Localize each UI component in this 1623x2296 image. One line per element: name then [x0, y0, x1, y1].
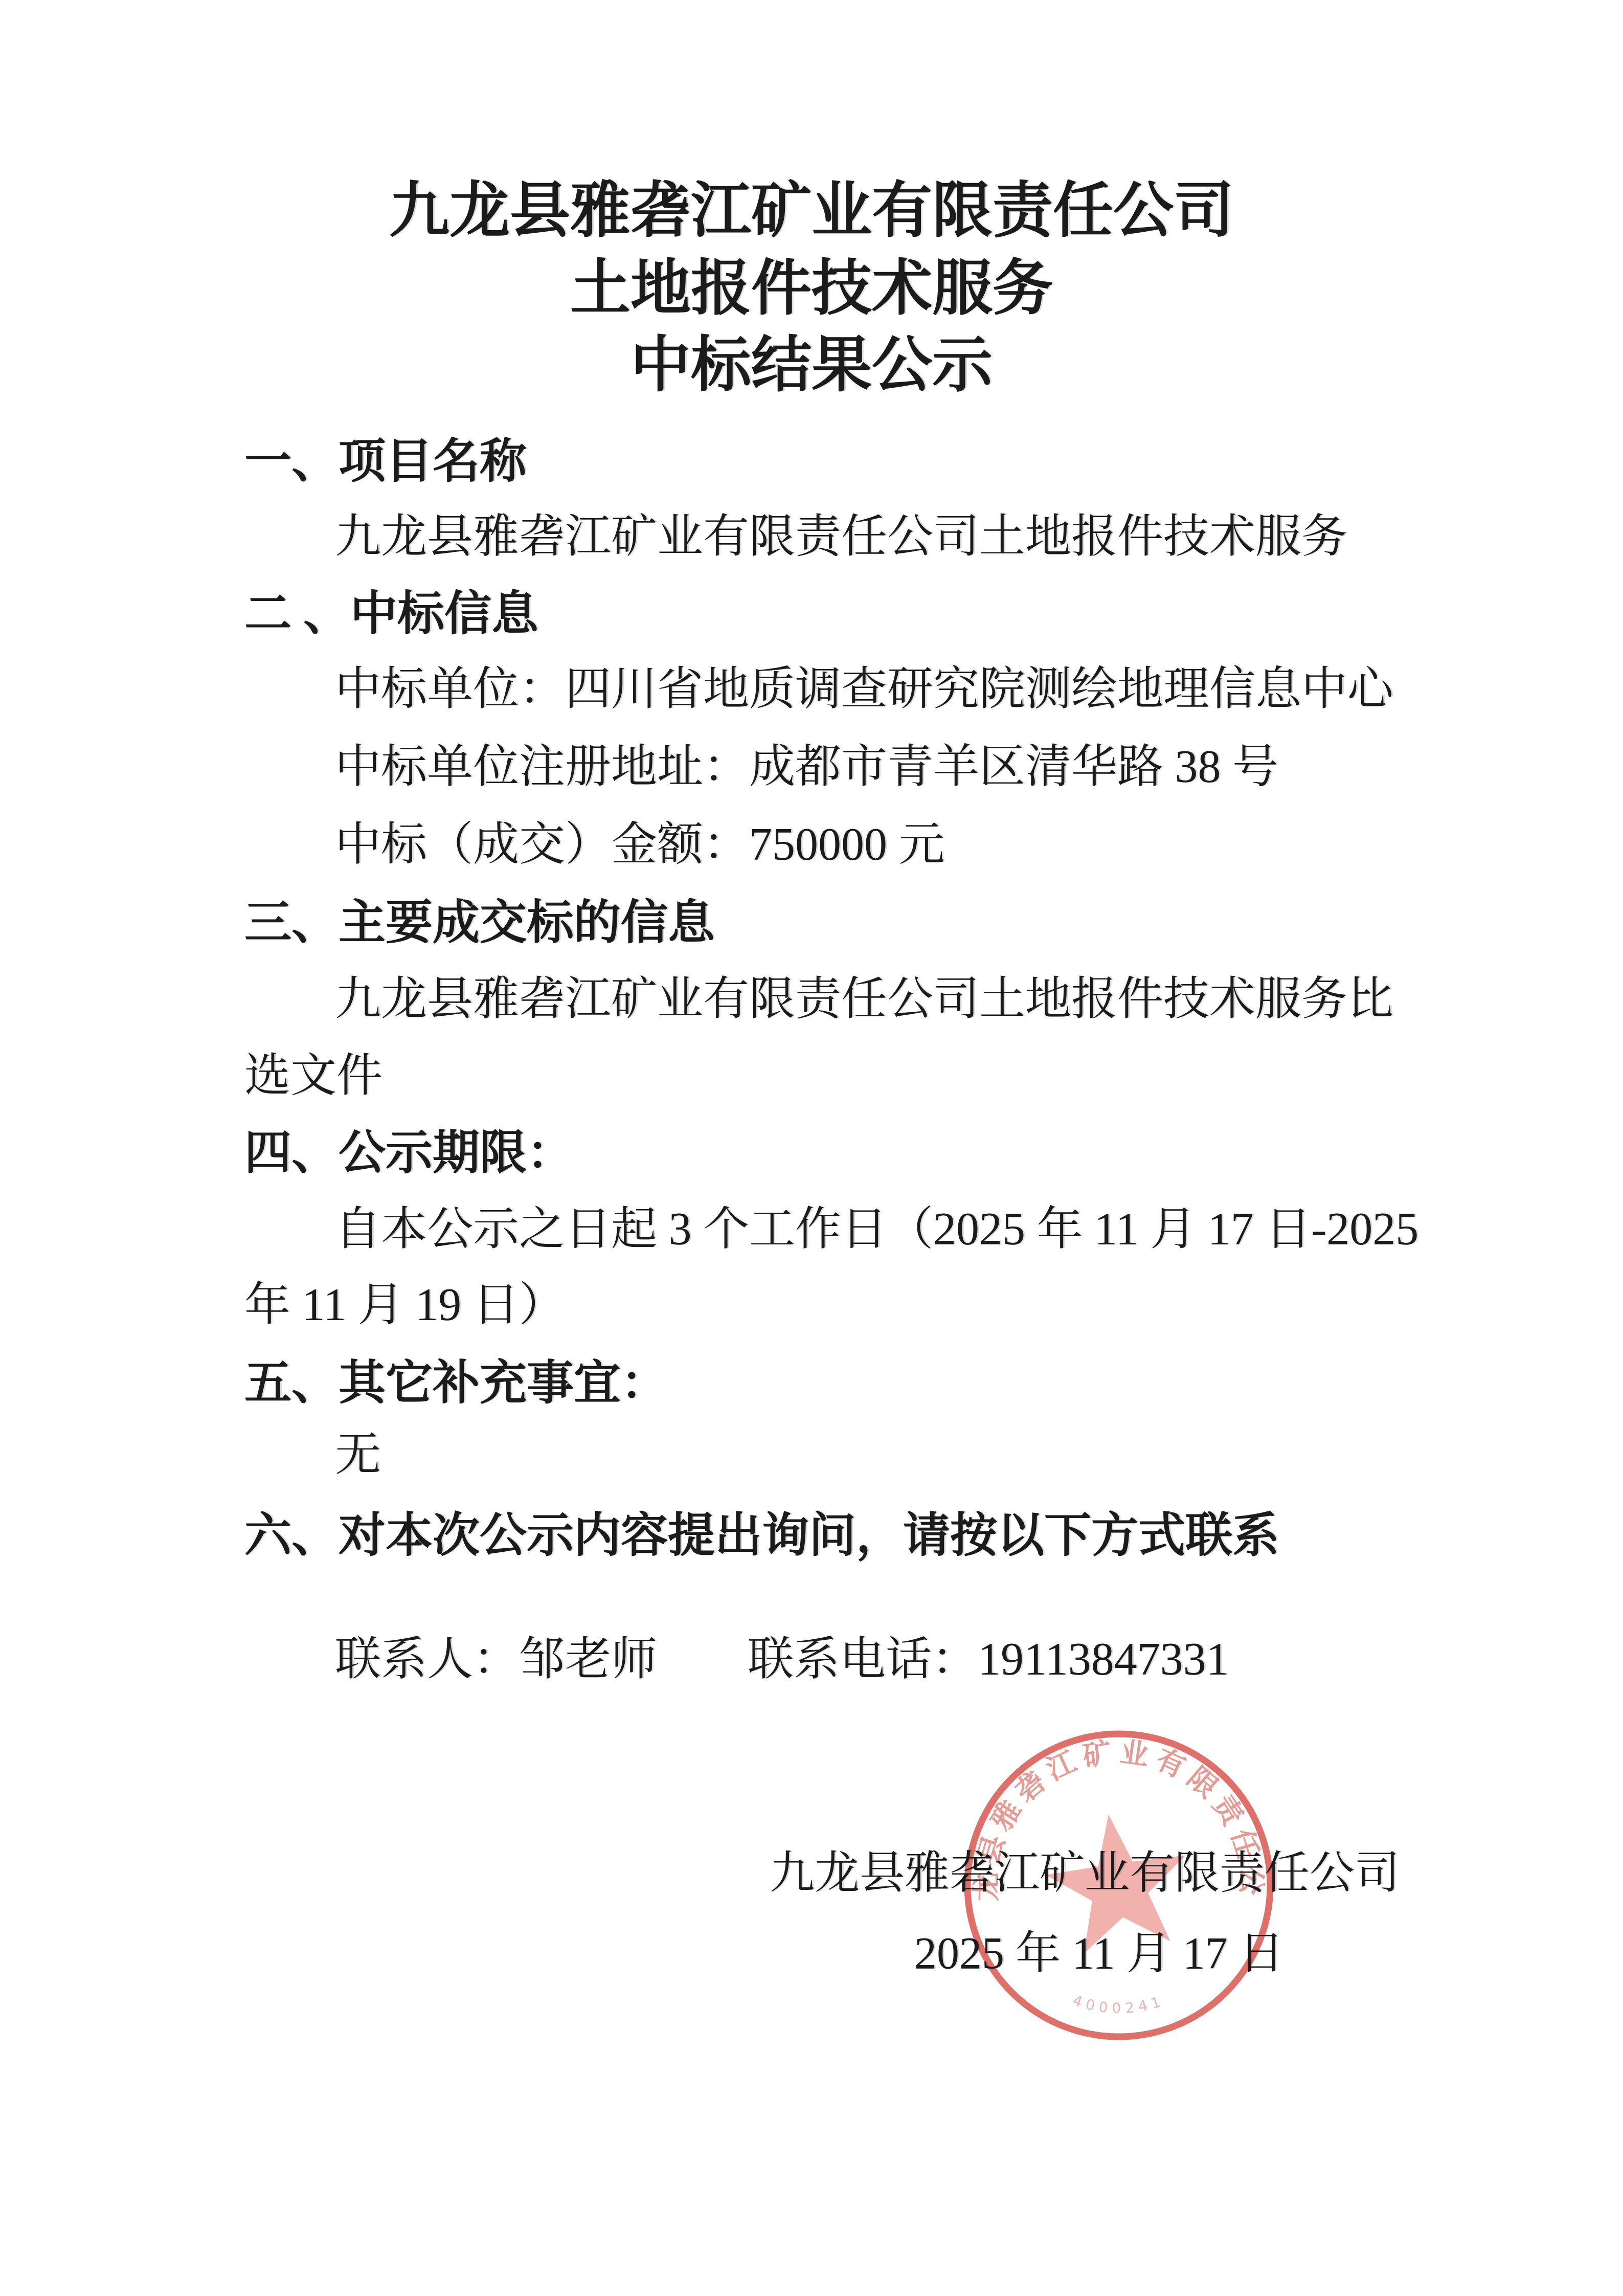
- contact-person: 联系人：邹老师: [335, 1634, 657, 1685]
- section-1-heading: 一、项目名称: [244, 436, 527, 487]
- section-4-body-line-2: 年 11 月 19 日）: [244, 1280, 565, 1330]
- address-line: 中标单位注册地址：成都市青羊区清华路 38 号: [335, 742, 1278, 792]
- section-4-body-line-1: 自本公示之日起 3 个工作日（2025 年 11 月 17 日-2025: [335, 1204, 1418, 1255]
- title-line-2: 土地报件技术服务: [0, 256, 1623, 322]
- section-3-heading: 三、主要成交标的信息: [244, 897, 715, 949]
- document-page: 九龙县雅砻江矿业有限责任公司 土地报件技术服务 中标结果公示 一、项目名称 九龙…: [0, 0, 1623, 2296]
- section-4-heading: 四、公示期限：: [244, 1127, 574, 1179]
- section-2-heading: 二 、中标信息: [244, 588, 538, 640]
- section-3-body-line-1: 九龙县雅砻江矿业有限责任公司土地报件技术服务比: [335, 974, 1393, 1024]
- title-line-1: 九龙县雅砻江矿业有限责任公司: [0, 178, 1623, 244]
- section-5-heading: 五、其它补充事宜：: [244, 1357, 668, 1409]
- title-line-3: 中标结果公示: [0, 332, 1623, 399]
- section-6-heading: 六、对本次公示内容提出询问，请按以下方式联系: [244, 1510, 1279, 1562]
- footer-company: 九龙县雅砻江矿业有限责任公司: [770, 1849, 1400, 1899]
- section-1-body: 九龙县雅砻江矿业有限责任公司土地报件技术服务: [335, 511, 1347, 562]
- contact-phone: 联系电话：19113847331: [748, 1634, 1229, 1685]
- section-5-body: 无: [335, 1430, 381, 1480]
- section-3-body-line-2: 选文件: [244, 1051, 382, 1101]
- winner-line: 中标单位：四川省地质调查研究院测绘地理信息中心: [335, 664, 1393, 715]
- seal-code: 4000241: [1071, 1992, 1167, 2017]
- footer-date: 2025 年 11 月 17 日: [914, 1929, 1284, 1979]
- amount-line: 中标（成交）金额：750000 元: [335, 819, 945, 870]
